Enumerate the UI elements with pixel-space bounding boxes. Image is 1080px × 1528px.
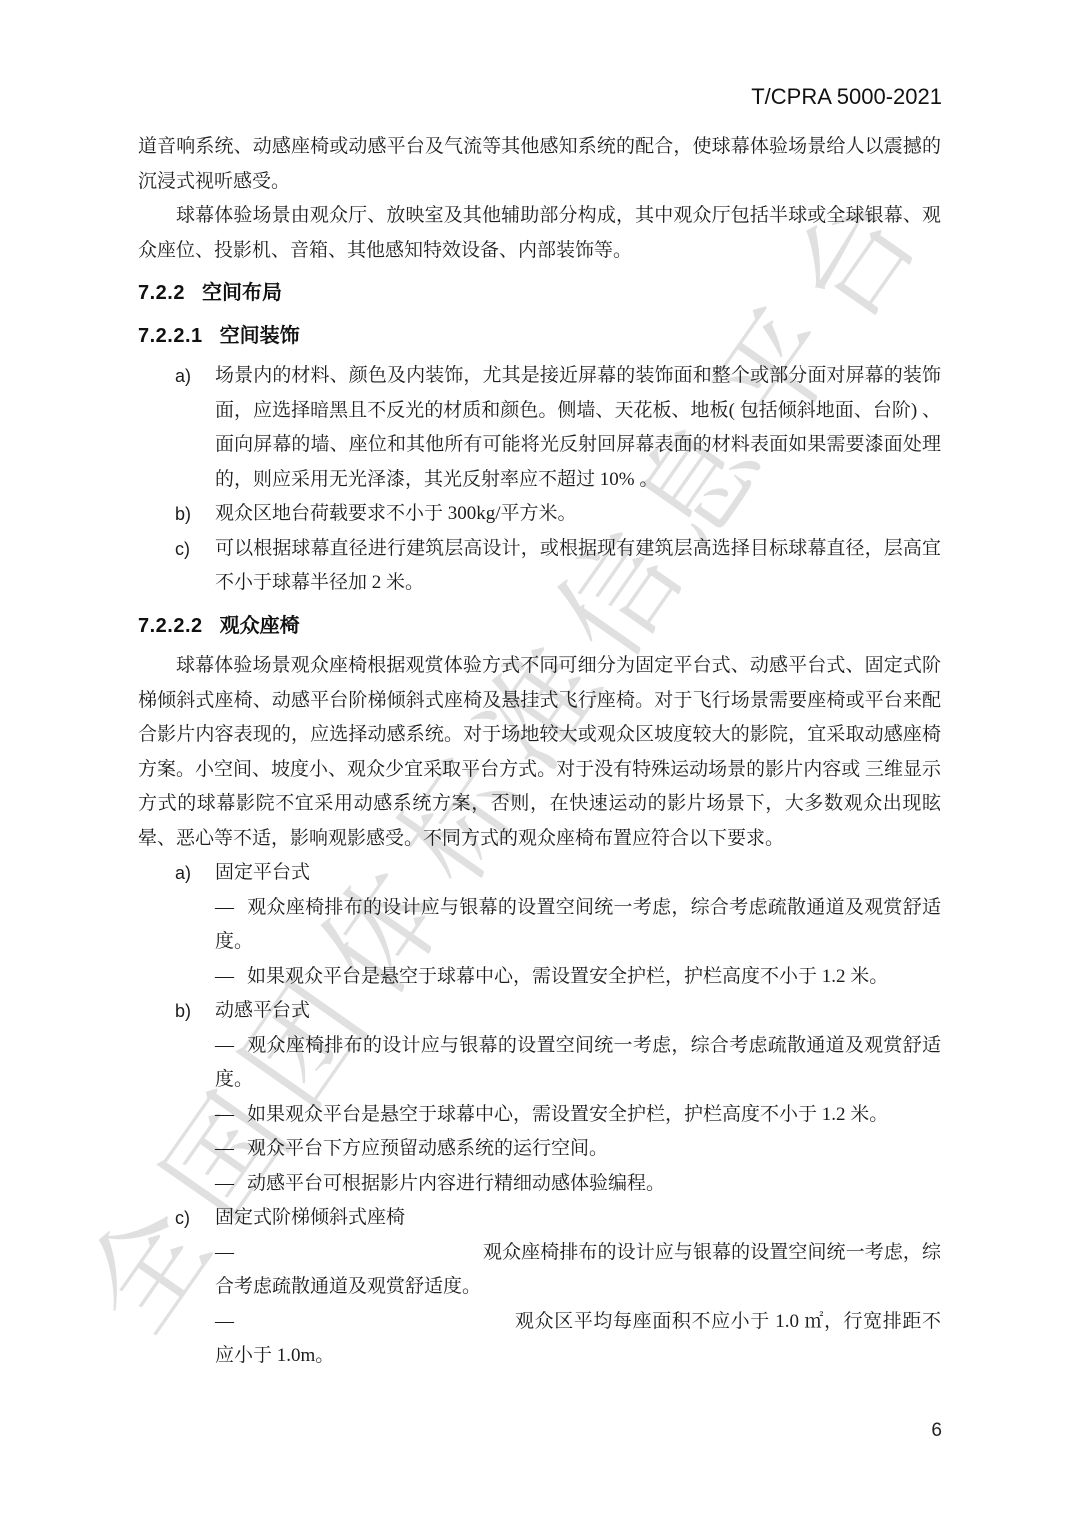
list-item-title: 固定式阶梯倾斜式座椅	[215, 1207, 405, 1228]
section-heading-7-2-2-2: 7.2.2.2观众座椅	[138, 609, 941, 644]
document-page: 全国团体标准信息平台 T/CPRA 5000-2021 道音响系统、动感座椅或动…	[0, 0, 1080, 1528]
dash-item-text: 观众座椅排布的设计应与银幕的设置空间统一考虑，综合考虑疏散通道及观赏舒适度。	[215, 1242, 941, 1298]
dash-bullet: —	[215, 1035, 234, 1056]
section-number: 7.2.2.1	[138, 325, 203, 347]
dash-item: —观众座椅排布的设计应与银幕的设置空间统一考虑，综合考虑疏散通道及观赏舒适度。	[215, 891, 941, 960]
list-item-text: 场景内的材料、颜色及内装饰，尤其是接近屏幕的装饰面和整个或部分面对屏幕的装饰面，…	[215, 365, 941, 490]
section-number: 7.2.2	[138, 282, 185, 304]
paragraph-continuation: 道音响系统、动感座椅或动感平台及气流等其他感知系统的配合，使球幕体验场景给人以震…	[138, 130, 941, 199]
page-number: 6	[931, 1420, 942, 1442]
section-title: 空间装饰	[220, 325, 300, 347]
section-title: 观众座椅	[220, 615, 300, 637]
list-marker: b)	[175, 497, 191, 532]
dash-item-tabbed: —观众区平均每座面积不应小于 1.0 ㎡，行宽排距不应小于 1.0m。	[215, 1305, 941, 1374]
standard-number: T/CPRA 5000-2021	[751, 84, 942, 110]
dash-item-text: 观众座椅排布的设计应与银幕的设置空间统一考虑，综合考虑疏散通道及观赏舒适度。	[215, 1035, 941, 1091]
list-item-b: b)观众区地台荷载要求不小于 300kg/平方米。	[138, 497, 941, 532]
dash-item: —如果观众平台是悬空于球幕中心，需设置安全护栏，护栏高度不小于 1.2 米。	[215, 960, 941, 995]
list-marker: c)	[175, 1201, 190, 1236]
dash-bullet: —	[215, 966, 234, 987]
list-item-b2: b)动感平台式	[138, 994, 941, 1029]
dash-item-text: 观众区平均每座面积不应小于 1.0 ㎡，行宽排距不应小于 1.0m。	[215, 1311, 941, 1367]
dash-bullet: —	[215, 1173, 234, 1194]
list-item-a2: a)固定平台式	[138, 856, 941, 891]
dash-item-text: 动感平台可根据影片内容进行精细动感体验编程。	[247, 1173, 665, 1194]
dash-bullet: —	[215, 897, 234, 918]
dash-bullet: —	[215, 1104, 234, 1125]
dash-bullet: —	[215, 1138, 234, 1159]
list-marker: a)	[175, 856, 191, 891]
dash-item-text: 观众平台下方应预留动感系统的运行空间。	[247, 1138, 608, 1159]
section-heading-7-2-2: 7.2.2空间布局	[138, 276, 941, 311]
dash-item: —观众平台下方应预留动感系统的运行空间。	[215, 1132, 941, 1167]
list-item-title: 固定平台式	[215, 862, 310, 883]
list-item-text: 观众区地台荷载要求不小于 300kg/平方米。	[215, 503, 577, 524]
dash-bullet: —	[215, 1305, 234, 1340]
list-item-c2: c)固定式阶梯倾斜式座椅	[138, 1201, 941, 1236]
section-number: 7.2.2.2	[138, 615, 203, 637]
list-item-title: 动感平台式	[215, 1000, 310, 1021]
dash-item-text: 观众座椅排布的设计应与银幕的设置空间统一考虑，综合考虑疏散通道及观赏舒适度。	[215, 897, 941, 953]
list-item-a: a)场景内的材料、颜色及内装饰，尤其是接近屏幕的装饰面和整个或部分面对屏幕的装饰…	[138, 359, 941, 497]
section-heading-7-2-2-1: 7.2.2.1空间装饰	[138, 319, 941, 354]
list-marker: c)	[175, 532, 190, 567]
dash-item: —动感平台可根据影片内容进行精细动感体验编程。	[215, 1167, 941, 1202]
page-content: 道音响系统、动感座椅或动感平台及气流等其他感知系统的配合，使球幕体验场景给人以震…	[138, 130, 941, 1374]
list-item-text: 可以根据球幕直径进行建筑层高设计，或根据现有建筑层高选择目标球幕直径，层高宜不小…	[215, 538, 941, 594]
dash-item-text: 如果观众平台是悬空于球幕中心，需设置安全护栏，护栏高度不小于 1.2 米。	[247, 966, 888, 987]
list-item-c: c)可以根据球幕直径进行建筑层高设计，或根据现有建筑层高选择目标球幕直径，层高宜…	[138, 532, 941, 601]
paragraph-composition: 球幕体验场景由观众厅、放映室及其他辅助部分构成，其中观众厅包括半球或全球银幕、观…	[138, 199, 941, 268]
dash-item-text: 如果观众平台是悬空于球幕中心，需设置安全护栏，护栏高度不小于 1.2 米。	[247, 1104, 888, 1125]
dash-bullet: —	[215, 1236, 234, 1271]
dash-item-tabbed: —观众座椅排布的设计应与银幕的设置空间统一考虑，综合考虑疏散通道及观赏舒适度。	[215, 1236, 941, 1305]
dash-item: —如果观众平台是悬空于球幕中心，需设置安全护栏，护栏高度不小于 1.2 米。	[215, 1098, 941, 1133]
section-title: 空间布局	[202, 282, 282, 304]
list-marker: b)	[175, 994, 191, 1029]
paragraph-seat-types: 球幕体验场景观众座椅根据观赏体验方式不同可细分为固定平台式、动感平台式、固定式阶…	[138, 649, 941, 856]
dash-item: —观众座椅排布的设计应与银幕的设置空间统一考虑，综合考虑疏散通道及观赏舒适度。	[215, 1029, 941, 1098]
list-marker: a)	[175, 359, 191, 394]
